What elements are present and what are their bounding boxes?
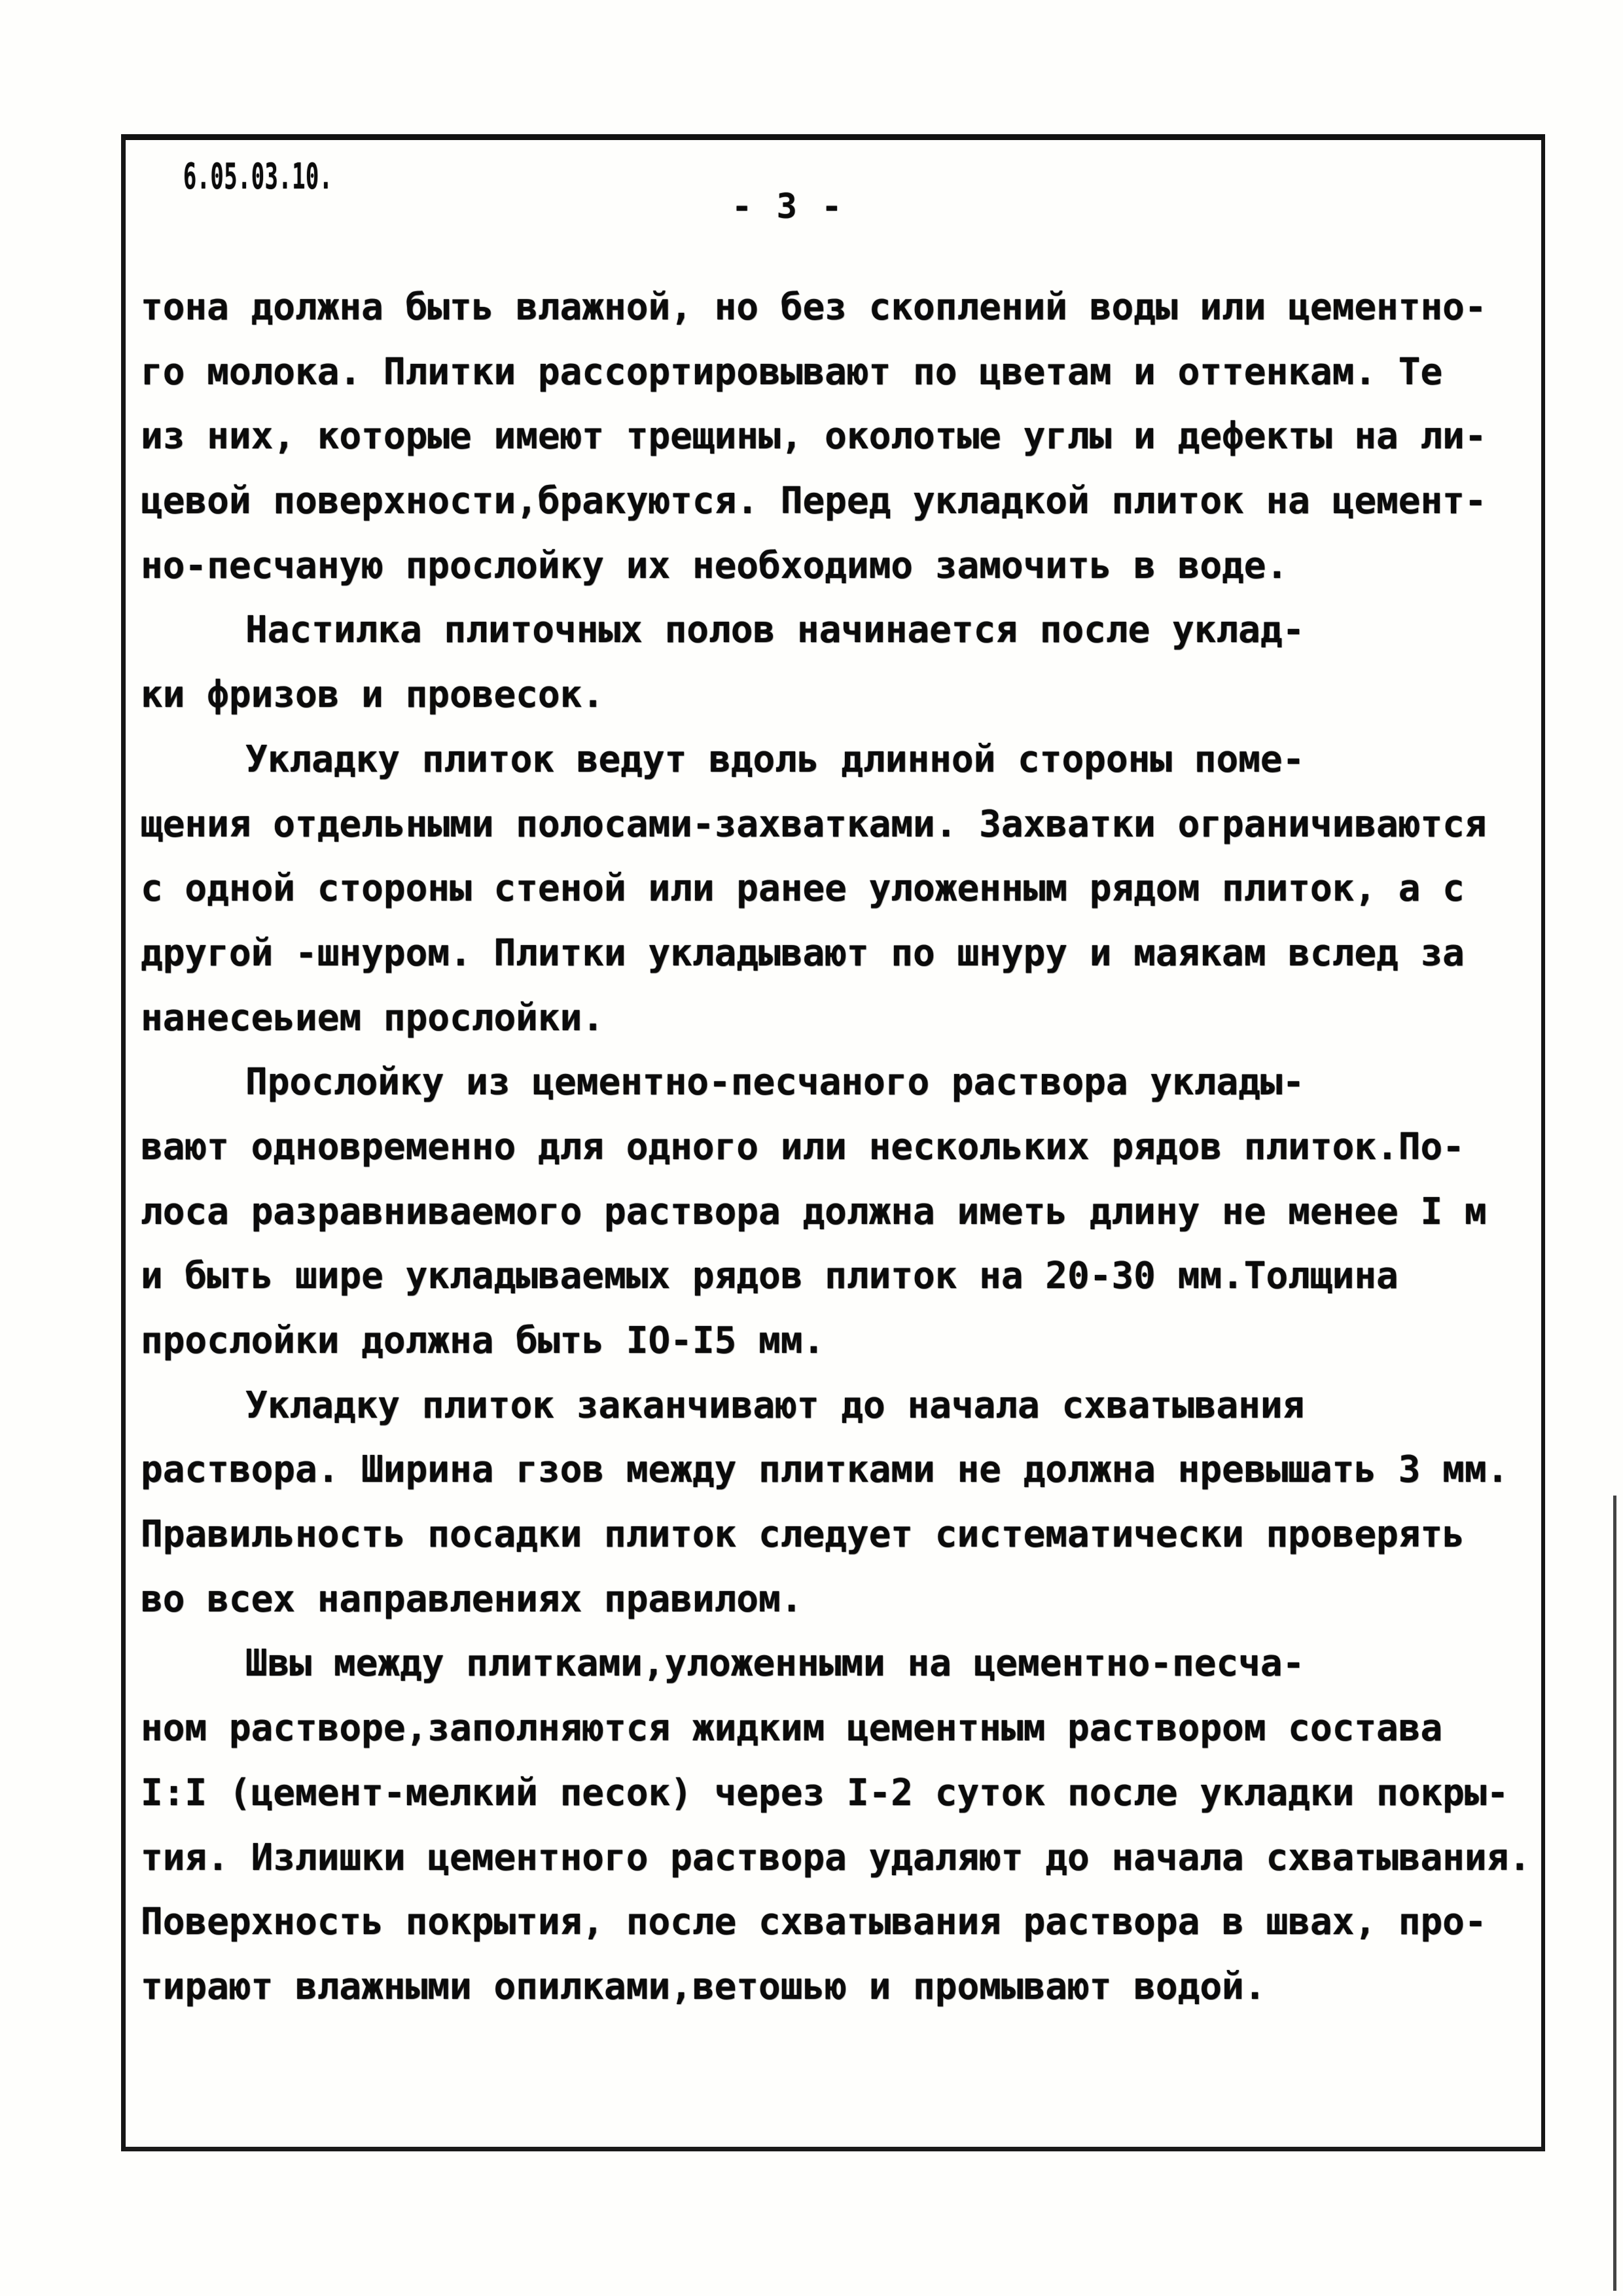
text-line: I:I (цемент-мелкий песок) через I-2 суто…: [141, 1761, 1529, 1826]
text-line: го молока. Плитки рассортировывают по цв…: [141, 340, 1529, 405]
document-code: 6.05.03.10.: [183, 157, 333, 196]
text-line: Правильность посадки плиток следует сист…: [141, 1503, 1529, 1568]
scan-edge-artifact: [1613, 1496, 1616, 2291]
page-number: - 3 -: [732, 188, 844, 225]
text-line: ки фризов и провесок.: [141, 663, 1529, 728]
text-line: раствора. Ширина гзов между плитками не …: [141, 1438, 1529, 1503]
text-line: цевой поверхности,бракуются. Перед уклад…: [141, 469, 1529, 534]
text-line: тирают влажными опилками,ветошью и промы…: [141, 1955, 1529, 2020]
text-line: щения отдельными полосами-захватками. За…: [141, 793, 1529, 857]
text-line: лоса разравниваемого раствора должна име…: [141, 1180, 1529, 1245]
text-line: Настилка плиточных полов начинается посл…: [141, 598, 1529, 663]
scanned-document-page: 6.05.03.10. - 3 - тона должна быть влажн…: [0, 0, 1623, 2296]
text-line: тия. Излишки цементного раствора удаляют…: [141, 1826, 1529, 1891]
text-line: вают одновременно для одного или несколь…: [141, 1115, 1529, 1180]
text-line: нанесеьием прослойки.: [141, 986, 1529, 1051]
document-body: тона должна быть влажной, но без скоплен…: [141, 276, 1529, 2020]
text-line: Прослойку из цементно-песчаного раствора…: [141, 1050, 1529, 1115]
text-line: Поверхность покрытия, после схватывания …: [141, 1890, 1529, 1955]
text-line: и быть шире укладываемых рядов плиток на…: [141, 1244, 1529, 1309]
text-line: Укладку плиток ведут вдоль длинной сторо…: [141, 728, 1529, 793]
text-line: Укладку плиток заканчивают до начала схв…: [141, 1374, 1529, 1439]
text-line: Швы между плитками,уложенными на цементн…: [141, 1632, 1529, 1696]
text-line: ном растворе,заполняются жидким цементны…: [141, 1696, 1529, 1761]
text-line: с одной стороны стеной или ранее уложенн…: [141, 857, 1529, 922]
text-line: другой -шнуром. Плитки укладывают по шну…: [141, 922, 1529, 986]
text-line: во всех направлениях правилом.: [141, 1568, 1529, 1632]
text-line: тона должна быть влажной, но без скоплен…: [141, 276, 1529, 340]
text-line: прослойки должна быть IO-I5 мм.: [141, 1309, 1529, 1374]
text-line: но-песчаную прослойку их необходимо замо…: [141, 534, 1529, 599]
text-line: из них, которые имеют трещины, околотые …: [141, 404, 1529, 469]
